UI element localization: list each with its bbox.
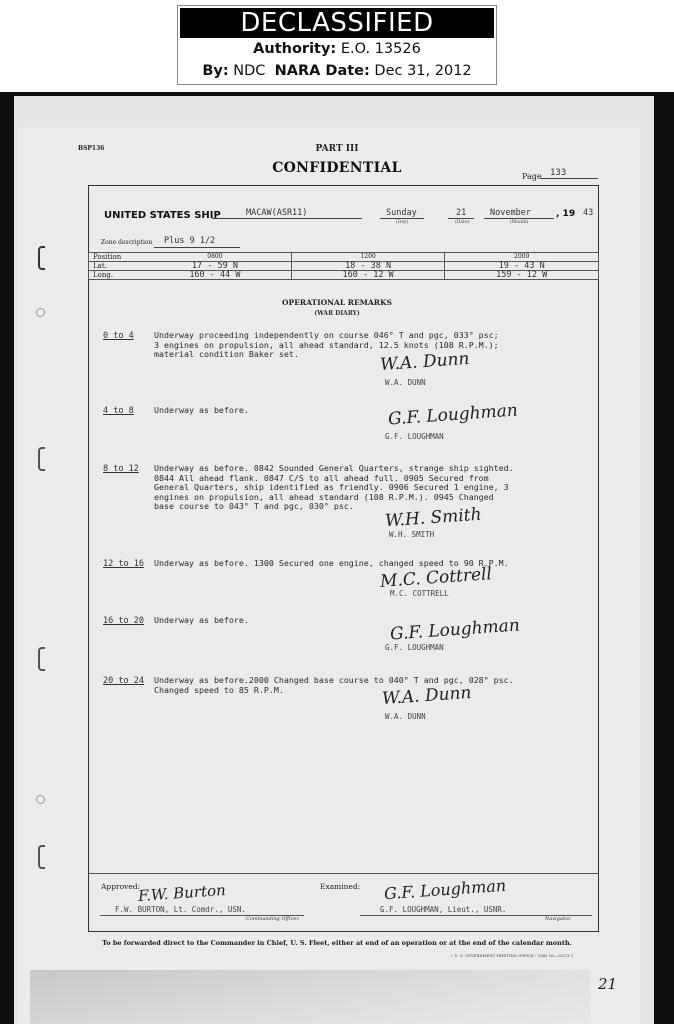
signature-name: G.F. LOUGHMAN — [385, 432, 444, 441]
row-label: Position — [89, 253, 140, 262]
nara-value: Dec 31, 2012 — [374, 63, 471, 79]
month-value: November — [490, 208, 531, 218]
binder-clip-icon — [38, 647, 45, 671]
entry-period: 16 to 20 — [103, 616, 144, 626]
ship-label: UNITED STATES SHIP — [104, 210, 221, 221]
binder-clip-icon — [38, 845, 45, 869]
zone-label: Zone description — [101, 239, 152, 246]
part-heading: PART III — [0, 144, 674, 154]
entry-period: 0 to 4 — [103, 331, 134, 341]
sheet-fold-shadow — [30, 970, 590, 1024]
ship-name: MACAW(ASR11) — [246, 208, 307, 218]
stamp-authority: Authority: E.O. 13526 — [178, 38, 496, 60]
examined-name: G.F. LOUGHMAN, Lieut., USNR. — [380, 905, 506, 914]
entry-text: Underway as before.2000 Changed base cou… — [154, 676, 574, 695]
row-label: Lat. — [89, 262, 140, 271]
binder-clip-icon — [38, 246, 45, 270]
month-caption: (Month) — [510, 220, 528, 225]
signature-name: M.C. COTTRELL — [390, 589, 449, 598]
entry-period: 8 to 12 — [103, 464, 139, 474]
punch-hole — [36, 795, 45, 804]
approval-divider — [88, 873, 599, 874]
zone-value: Plus 9 1/2 — [164, 236, 215, 246]
entry-text: Underway as before. 0842 Sounded General… — [154, 464, 574, 512]
handwritten-number: 21 — [598, 975, 617, 993]
approved-caption: Commanding Officer. — [246, 916, 300, 922]
signature-name: W.H. SMITH — [389, 530, 434, 539]
nara-label: NARA Date: — [275, 63, 370, 79]
long-cell: 159 - 12 W — [445, 271, 599, 280]
year-suffix: 43 — [583, 208, 593, 218]
authority-label: Authority: — [253, 41, 336, 57]
examined-caption: Navigator. — [545, 916, 571, 922]
date-caption: (Date) — [455, 220, 469, 225]
remarks-title: OPERATIONAL REMARKS — [0, 298, 674, 307]
long-cell: 160 - 12 W — [291, 271, 445, 280]
day-caption: (Day) — [396, 220, 408, 225]
page-label: Page — [522, 172, 542, 181]
entry-period: 4 to 8 — [103, 406, 134, 416]
entry-period: 12 to 16 — [103, 559, 144, 569]
month-underline — [484, 218, 554, 219]
printer-imprint: ☆ U. S. GOVERNMENT PRINTING OFFICE : 194… — [450, 954, 573, 958]
row-label: Long. — [89, 271, 140, 280]
remarks-subtitle: (WAR DIARY) — [0, 310, 674, 317]
signature-name: G.F. LOUGHMAN — [385, 643, 444, 652]
stamp-title: DECLASSIFIED — [180, 8, 494, 38]
day-underline — [380, 218, 424, 219]
entry-text: Underway proceeding independently on cou… — [154, 331, 574, 360]
table-row: Long. 160 - 44 W 160 - 12 W 159 - 12 W — [89, 271, 599, 280]
stamp-by: By: NDC NARA Date: Dec 31, 2012 — [178, 60, 496, 82]
by-value: NDC — [233, 63, 265, 79]
long-cell: 160 - 44 W — [139, 271, 291, 280]
date-underline — [448, 218, 474, 219]
date-value: 21 — [456, 208, 466, 218]
year-prefix: , 19 — [556, 209, 575, 219]
by-label: By: — [202, 63, 228, 79]
authority-value: E.O. 13526 — [341, 41, 421, 57]
signature-name: W.A. DUNN — [385, 378, 426, 387]
signature-name: W.A. DUNN — [385, 712, 426, 721]
position-table: Position 0800 1200 2000 Lat. 17 - 59 N 1… — [88, 252, 599, 280]
approved-label: Approved: — [101, 882, 140, 891]
binder-clip-icon — [38, 447, 45, 471]
examined-label: Examined: — [320, 882, 360, 891]
entry-period: 20 to 24 — [103, 676, 144, 686]
page-number: 133 — [540, 168, 598, 179]
forwarding-note: To be forwarded direct to the Commander … — [0, 939, 674, 947]
entry-text: Underway as before. 1300 Secured one eng… — [154, 559, 574, 569]
day-value: Sunday — [386, 208, 417, 218]
ship-underline — [212, 218, 362, 219]
zone-underline — [154, 247, 240, 248]
declassification-stamp: DECLASSIFIED Authority: E.O. 13526 By: N… — [177, 5, 497, 85]
approved-name: F.W. BURTON, Lt. Comdr., USN. — [115, 905, 246, 914]
